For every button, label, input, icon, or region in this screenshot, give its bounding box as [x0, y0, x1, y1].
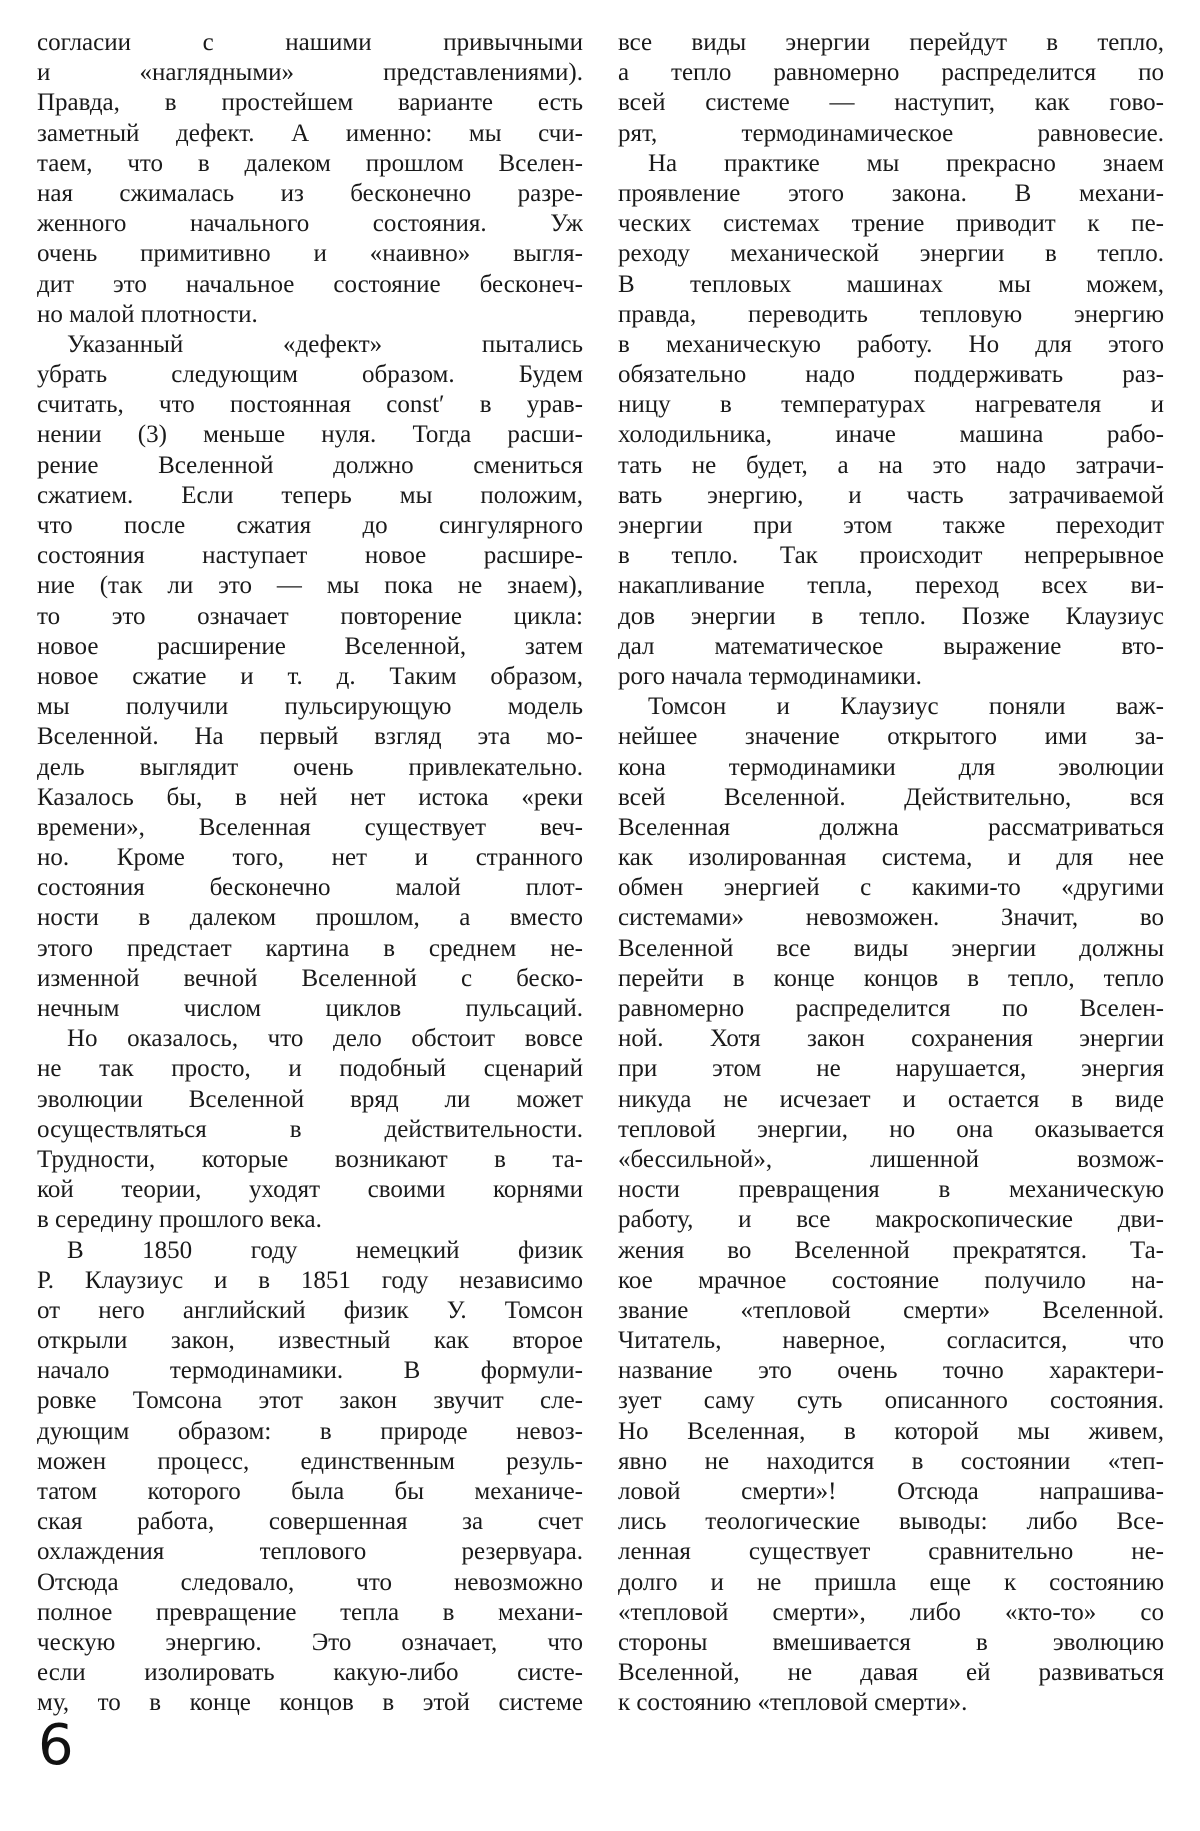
- text-line: тепловой энергии, но она оказывается: [618, 1115, 1164, 1145]
- text-line: ности в далеком прошлом, а вместо: [37, 903, 583, 933]
- text-line: стороны вмешивается в эволюцию: [618, 1628, 1164, 1658]
- text-line: Указанный «дефект» пытались: [37, 330, 583, 360]
- text-line: «бессильной», лишенной возмож-: [618, 1145, 1164, 1175]
- text-line: убрать следующим образом. Будем: [37, 360, 583, 390]
- text-line: кона термодинамики для эволюции: [618, 753, 1164, 783]
- text-line: времени», Вселенная существует веч-: [37, 813, 583, 843]
- text-line: работу, и все макроскопические дви-: [618, 1205, 1164, 1235]
- text-line: ницу в температурах нагревателя и: [618, 390, 1164, 420]
- text-line: ной. Хотя закон сохранения энергии: [618, 1024, 1164, 1054]
- text-line: Томсон и Клаузиус поняли важ-: [618, 692, 1164, 722]
- text-line: системами» невозможен. Значит, во: [618, 903, 1164, 933]
- text-line: в механическую работу. Но для этого: [618, 330, 1164, 360]
- text-line: проявление этого закона. В механи-: [618, 179, 1164, 209]
- text-line: рение Вселенной должно смениться: [37, 451, 583, 481]
- text-line: кой теории, уходят своими корнями: [37, 1175, 583, 1205]
- text-line: в тепло. Так происходит непрерывное: [618, 541, 1164, 571]
- text-line: ческих системах трение приводит к пе-: [618, 209, 1164, 239]
- text-line: тать не будет, а на это надо затрачи-: [618, 451, 1164, 481]
- text-line: таем, что в далеком прошлом Вселен-: [37, 149, 583, 179]
- text-line: Вселенной. На первый взгляд эта мо-: [37, 722, 583, 752]
- text-column-left: согласии с нашими привычнымии «наглядным…: [37, 28, 583, 1719]
- text-line: Отсюда следовало, что невозможно: [37, 1568, 583, 1598]
- text-line: правда, переводить тепловую энергию: [618, 300, 1164, 330]
- text-line: татом которого была бы механиче-: [37, 1477, 583, 1507]
- text-line: явно не находится в состоянии «теп-: [618, 1447, 1164, 1477]
- text-line: ние (так ли это — мы пока не знаем),: [37, 571, 583, 601]
- text-line: В тепловых машинах мы можем,: [618, 270, 1164, 300]
- text-line: ческую энергию. Это означает, что: [37, 1628, 583, 1658]
- text-line: рят, термодинамическое равновесие.: [618, 119, 1164, 149]
- text-line: всей Вселенной. Действительно, вся: [618, 783, 1164, 813]
- text-line: В 1850 году немецкий физик: [37, 1236, 583, 1266]
- text-line: этого предстает картина в среднем не-: [37, 934, 583, 964]
- text-line: ская работа, совершенная за счет: [37, 1507, 583, 1537]
- text-line: ная сжималась из бесконечно разре-: [37, 179, 583, 209]
- text-line: можен процесс, единственным резуль-: [37, 1447, 583, 1477]
- text-line: а тепло равномерно распределится по: [618, 58, 1164, 88]
- text-column-right: все виды энергии перейдут в тепло,а тепл…: [618, 28, 1164, 1719]
- text-line: никуда не исчезает и остается в виде: [618, 1085, 1164, 1115]
- text-line: изменной вечной Вселенной с беско-: [37, 964, 583, 994]
- text-line: му, то в конце концов в этой системе: [37, 1688, 583, 1718]
- text-line: рого начала термодинамики.: [618, 662, 1164, 692]
- text-line: Читатель, наверное, согласится, что: [618, 1326, 1164, 1356]
- text-line: если изолировать какую-либо систе-: [37, 1658, 583, 1688]
- text-line: перейти в конце концов в тепло, тепло: [618, 964, 1164, 994]
- text-line: осуществляться в действительности.: [37, 1115, 583, 1145]
- text-line: от него английский физик У. Томсон: [37, 1296, 583, 1326]
- text-line: ловой смерти»! Отсюда напрашива-: [618, 1477, 1164, 1507]
- text-line: и «наглядными» представлениями).: [37, 58, 583, 88]
- text-line: полное превращение тепла в механи-: [37, 1598, 583, 1628]
- text-line: эволюции Вселенной вряд ли может: [37, 1085, 583, 1115]
- text-line: равномерно распределится по Вселен-: [618, 994, 1164, 1024]
- text-line: новое сжатие и т. д. Таким образом,: [37, 662, 583, 692]
- text-line: заметный дефект. А именно: мы счи-: [37, 119, 583, 149]
- text-line: к состоянию «тепловой смерти».: [618, 1688, 1164, 1718]
- text-line: ленная существует сравнительно не-: [618, 1537, 1164, 1567]
- text-line: Но Вселенная, в которой мы живем,: [618, 1417, 1164, 1447]
- text-line: нении (3) меньше нуля. Тогда расши-: [37, 420, 583, 450]
- text-line: состояния бесконечно малой плот-: [37, 873, 583, 903]
- text-line: начало термодинамики. В формули-: [37, 1356, 583, 1386]
- text-line: зует саму суть описанного состояния.: [618, 1386, 1164, 1416]
- text-line: лись теологические выводы: либо Все-: [618, 1507, 1164, 1537]
- text-line: что после сжатия до сингулярного: [37, 511, 583, 541]
- text-line: реходу механической энергии в тепло.: [618, 239, 1164, 269]
- text-line: накапливание тепла, переход всех ви-: [618, 571, 1164, 601]
- text-line: жения во Вселенной прекратятся. Та-: [618, 1236, 1164, 1266]
- text-line: но малой плотности.: [37, 300, 583, 330]
- text-line: дал математическое выражение вто-: [618, 632, 1164, 662]
- text-line: не так просто, и подобный сценарий: [37, 1054, 583, 1084]
- text-line: все виды энергии перейдут в тепло,: [618, 28, 1164, 58]
- text-line: холодильника, иначе машина рабо-: [618, 420, 1164, 450]
- text-line: нечным числом циклов пульсаций.: [37, 994, 583, 1024]
- text-line: но. Кроме того, нет и странного: [37, 843, 583, 873]
- text-line: очень примитивно и «наивно» выгля-: [37, 239, 583, 269]
- text-line: ровке Томсона этот закон звучит сле-: [37, 1386, 583, 1416]
- text-line: при этом не нарушается, энергия: [618, 1054, 1164, 1084]
- text-line: вать энергию, и часть затрачиваемой: [618, 481, 1164, 511]
- text-line: Вселенная должна рассматриваться: [618, 813, 1164, 843]
- text-line: всей системе — наступит, как гово-: [618, 88, 1164, 118]
- text-line: в середину прошлого века.: [37, 1205, 583, 1235]
- text-line: состояния наступает новое расшире-: [37, 541, 583, 571]
- text-line: дов энергии в тепло. Позже Клаузиус: [618, 602, 1164, 632]
- text-line: мы получили пульсирующую модель: [37, 692, 583, 722]
- text-line: кое мрачное состояние получило на-: [618, 1266, 1164, 1296]
- text-line: На практике мы прекрасно знаем: [618, 149, 1164, 179]
- text-line: название это очень точно характери-: [618, 1356, 1164, 1386]
- text-line: «тепловой смерти», либо «кто-то» со: [618, 1598, 1164, 1628]
- text-line: Трудности, которые возникают в та-: [37, 1145, 583, 1175]
- text-line: Казалось бы, в ней нет истока «реки: [37, 783, 583, 813]
- text-line: дель выглядит очень привлекательно.: [37, 753, 583, 783]
- text-line: сжатием. Если теперь мы положим,: [37, 481, 583, 511]
- text-line: звание «тепловой смерти» Вселенной.: [618, 1296, 1164, 1326]
- text-line: охлаждения теплового резервуара.: [37, 1537, 583, 1567]
- text-line: ности превращения в механическую: [618, 1175, 1164, 1205]
- text-line: обязательно надо поддерживать раз-: [618, 360, 1164, 390]
- text-line: женного начального состояния. Уж: [37, 209, 583, 239]
- text-line: согласии с нашими привычными: [37, 28, 583, 58]
- text-line: Но оказалось, что дело обстоит вовсе: [37, 1024, 583, 1054]
- text-line: дующим образом: в природе невоз-: [37, 1417, 583, 1447]
- page-number: 6: [38, 1718, 74, 1774]
- text-line: как изолированная система, и для нее: [618, 843, 1164, 873]
- text-line: Р. Клаузиус и в 1851 году независимо: [37, 1266, 583, 1296]
- text-line: Вселенной все виды энергии должны: [618, 934, 1164, 964]
- text-line: то это означает повторение цикла:: [37, 602, 583, 632]
- text-line: обмен энергией с какими-то «другими: [618, 873, 1164, 903]
- text-line: дит это начальное состояние бесконеч-: [37, 270, 583, 300]
- text-line: долго и не пришла еще к состоянию: [618, 1568, 1164, 1598]
- text-line: Вселенной, не давая ей развиваться: [618, 1658, 1164, 1688]
- text-line: открыли закон, известный как второе: [37, 1326, 583, 1356]
- text-line: энергии при этом также переходит: [618, 511, 1164, 541]
- text-line: новое расширение Вселенной, затем: [37, 632, 583, 662]
- text-line: считать, что постоянная const′ в урав-: [37, 390, 583, 420]
- text-line: Правда, в простейшем варианте есть: [37, 88, 583, 118]
- text-line: нейшее значение открытого ими за-: [618, 722, 1164, 752]
